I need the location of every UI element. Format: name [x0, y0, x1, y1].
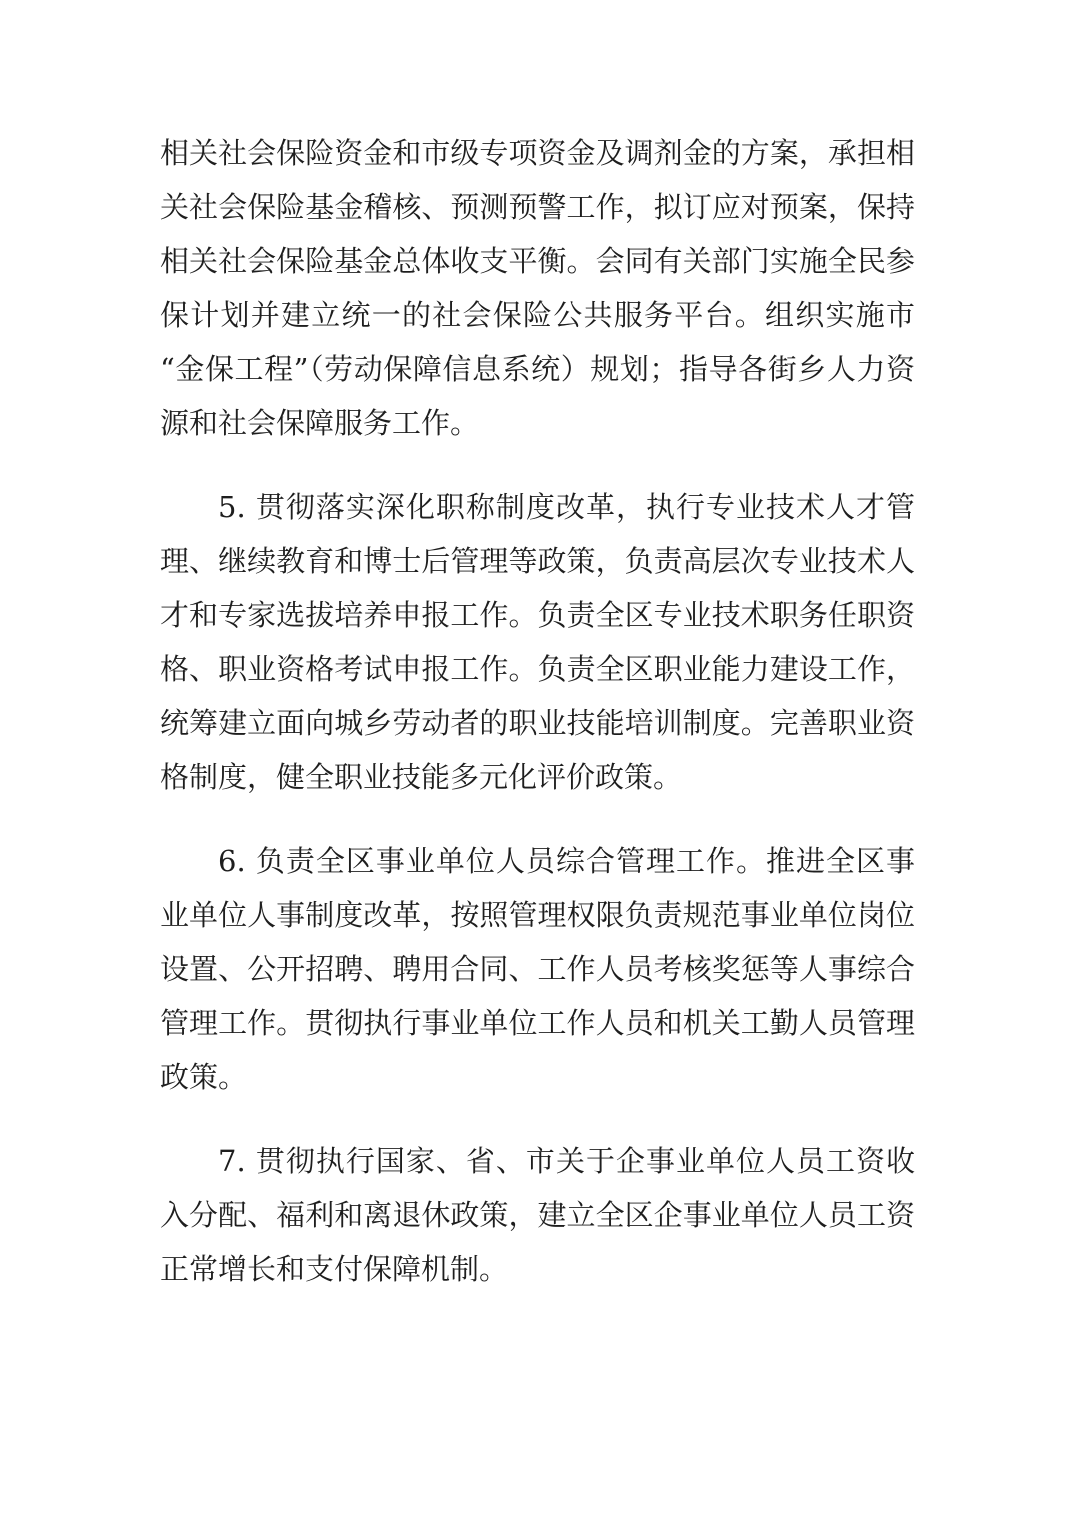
paragraph-item-5: 5. 贯彻落实深化职称制度改革，执行专业技术人才管理、继续教育和博士后管理等政策…: [160, 480, 915, 804]
paragraph-item-7: 7. 贯彻执行国家、省、市关于企事业单位人员工资收入分配、福利和离退休政策，建立…: [160, 1134, 915, 1296]
document-text-block: 相关社会保险资金和市级专项资金及调剂金的方案，承担相关社会保险基金稽核、预测预警…: [160, 126, 915, 1296]
paragraph-continuation: 相关社会保险资金和市级专项资金及调剂金的方案，承担相关社会保险基金稽核、预测预警…: [160, 126, 915, 450]
paragraph-item-6: 6. 负责全区事业单位人员综合管理工作。推进全区事业单位人事制度改革，按照管理权…: [160, 834, 915, 1104]
document-page: 相关社会保险资金和市级专项资金及调剂金的方案，承担相关社会保险基金稽核、预测预警…: [0, 0, 1075, 1521]
